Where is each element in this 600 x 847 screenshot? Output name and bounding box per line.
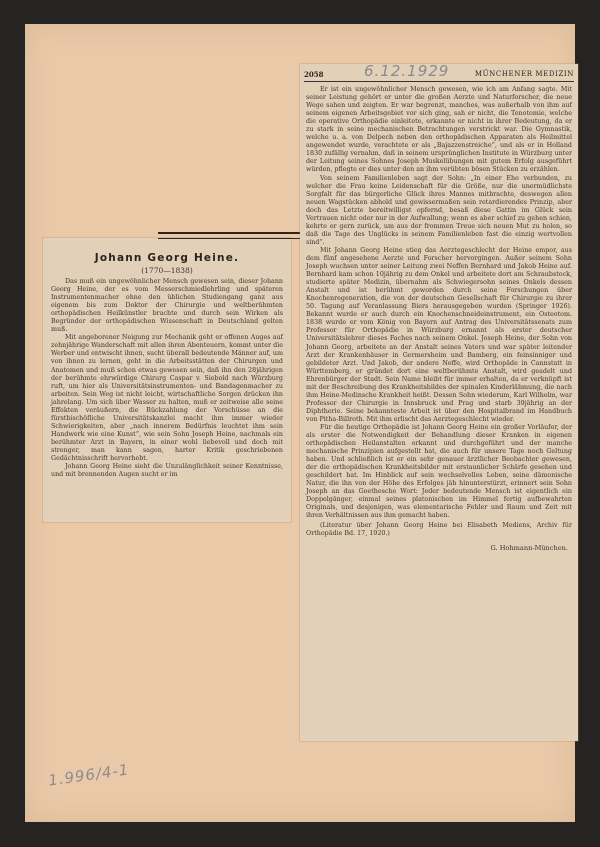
- double-rule-divider: [158, 232, 303, 239]
- journal-name: MÜNCHENER MEDIZIN: [475, 70, 574, 78]
- paragraph: Für die heutige Orthopädie ist Johann Ge…: [306, 424, 572, 521]
- left-clipping: Johann Georg Heine. (1770—1838) Das muß …: [43, 238, 291, 522]
- paragraph: Johann Georg Heine sieht die Unzulänglic…: [51, 463, 283, 479]
- article-title: Johann Georg Heine.: [43, 252, 291, 264]
- right-article-body: Er ist ein ungewöhnlicher Mensch gewesen…: [306, 86, 572, 538]
- handwritten-date: 6.12.1929: [364, 62, 449, 80]
- page-number: 2058: [304, 70, 323, 79]
- life-dates: (1770—1838): [43, 266, 291, 275]
- paragraph: Mit Johann Georg Heine stieg das Aerzteg…: [306, 247, 572, 424]
- author-signature: G. Hohmann-München.: [300, 544, 568, 552]
- paragraph: Er ist ein ungewöhnlicher Mensch gewesen…: [306, 86, 572, 175]
- paragraph: Mit angeborener Neigung zur Mechanik geh…: [51, 334, 283, 463]
- right-clipping: 2058 6.12.1929 MÜNCHENER MEDIZIN Er ist …: [300, 64, 578, 741]
- journal-header: 2058 6.12.1929 MÜNCHENER MEDIZIN: [304, 64, 574, 82]
- left-article-body: Das muß ein ungewöhnlicher Mensch gewese…: [51, 278, 283, 479]
- paragraph: Das muß ein ungewöhnlicher Mensch gewese…: [51, 278, 283, 334]
- literature-reference: (Literatur über Johann Georg Heine bei E…: [306, 522, 572, 538]
- paragraph: Von seinem Familienleben sagt der Sohn: …: [306, 175, 572, 247]
